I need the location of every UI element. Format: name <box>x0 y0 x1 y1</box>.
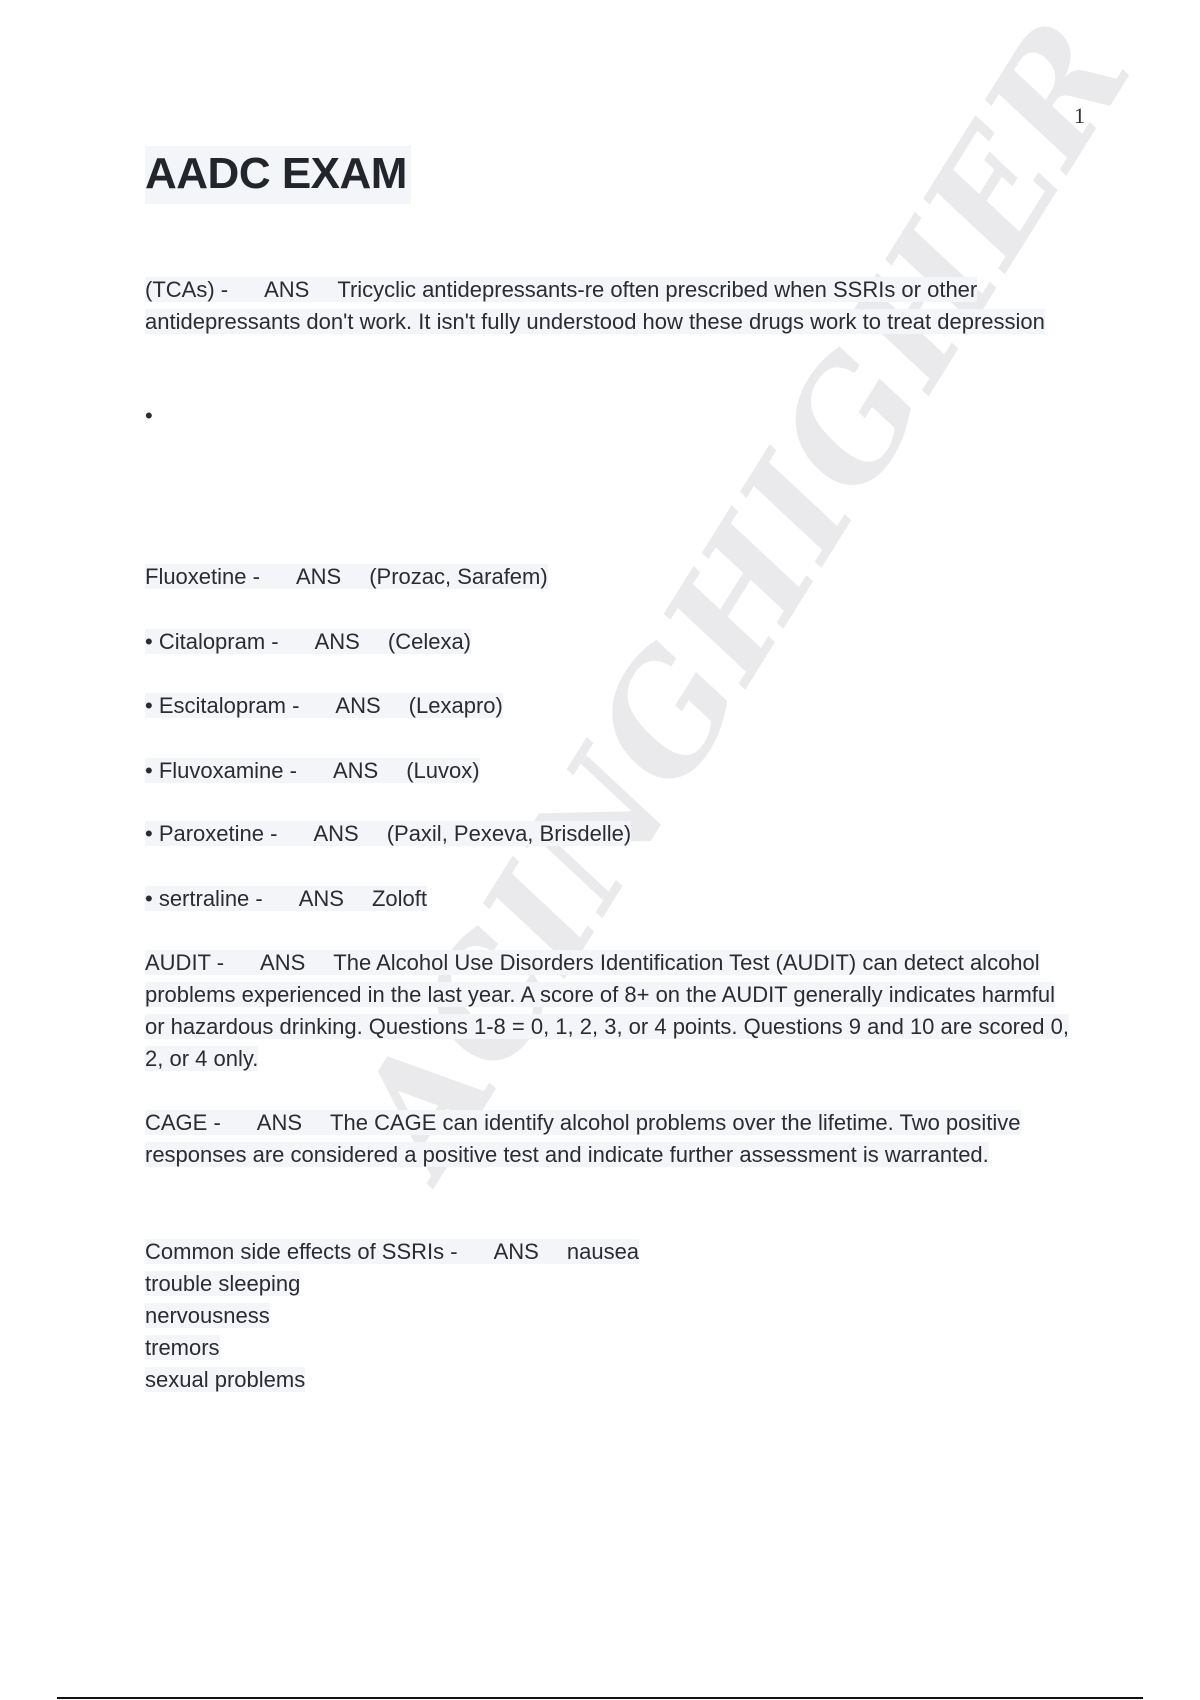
drug-item: • Paroxetine -ANS(Paxil, Pexeva, Brisdel… <box>145 818 631 850</box>
side-effect-item: tremors <box>145 1335 220 1360</box>
drug-brand: (Celexa) <box>388 629 471 654</box>
page-title: AADC EXAM <box>145 146 411 204</box>
entry-ans-label: ANS <box>260 950 305 975</box>
entry-term: CAGE - <box>145 1110 221 1135</box>
drug-brand: (Paxil, Pexeva, Brisdelle) <box>387 821 632 846</box>
drug-brand: (Prozac, Sarafem) <box>369 564 548 589</box>
drug-item: • Citalopram -ANS(Celexa) <box>145 626 471 658</box>
entry-ans-label: ANS <box>333 758 378 783</box>
side-effect-item: nausea <box>567 1239 639 1264</box>
drug-item: Fluoxetine -ANS(Prozac, Sarafem) <box>145 561 548 593</box>
footer-rule <box>57 1697 1143 1699</box>
entry-audit: AUDIT -ANSThe Alcohol Use Disorders Iden… <box>145 947 1075 1075</box>
entry-ssri-side-effects: Common side effects of SSRIs -ANSnausea … <box>145 1236 1075 1396</box>
side-effect-item: sexual problems <box>145 1367 305 1392</box>
entry-ans-label: ANS <box>313 821 358 846</box>
entry-term: (TCAs) - <box>145 277 228 302</box>
entry-term: Common side effects of SSRIs - <box>145 1239 458 1264</box>
entry-cage: CAGE -ANSThe CAGE can identify alcohol p… <box>145 1107 1075 1171</box>
drug-brand: Zoloft <box>372 886 427 911</box>
entry-ans-label: ANS <box>315 629 360 654</box>
entry-term: AUDIT - <box>145 950 224 975</box>
side-effect-item: nervousness <box>145 1303 270 1328</box>
entry-ans-label: ANS <box>257 1110 302 1135</box>
lone-bullet: • <box>145 400 153 432</box>
drug-item: • Escitalopram -ANS(Lexapro) <box>145 690 503 722</box>
drug-name: • Citalopram - <box>145 629 279 654</box>
entry-ans-label: ANS <box>335 693 380 718</box>
drug-name: • Paroxetine - <box>145 821 277 846</box>
entry-ans-label: ANS <box>264 277 309 302</box>
drug-brand: (Lexapro) <box>409 693 503 718</box>
page-number: 1 <box>1074 103 1085 129</box>
drug-brand: (Luvox) <box>406 758 479 783</box>
entry-ans-label: ANS <box>296 564 341 589</box>
drug-item: • Fluvoxamine -ANS(Luvox) <box>145 755 480 787</box>
side-effect-item: trouble sleeping <box>145 1271 300 1296</box>
entry-tcas: (TCAs) -ANSTricyclic antidepressants-re … <box>145 274 1075 338</box>
drug-name: • Escitalopram - <box>145 693 299 718</box>
drug-name: • Fluvoxamine - <box>145 758 297 783</box>
drug-name: • sertraline - <box>145 886 263 911</box>
drug-item: • sertraline -ANSZoloft <box>145 883 427 915</box>
entry-ans-label: ANS <box>494 1239 539 1264</box>
drug-name: Fluoxetine - <box>145 564 260 589</box>
entry-ans-label: ANS <box>299 886 344 911</box>
